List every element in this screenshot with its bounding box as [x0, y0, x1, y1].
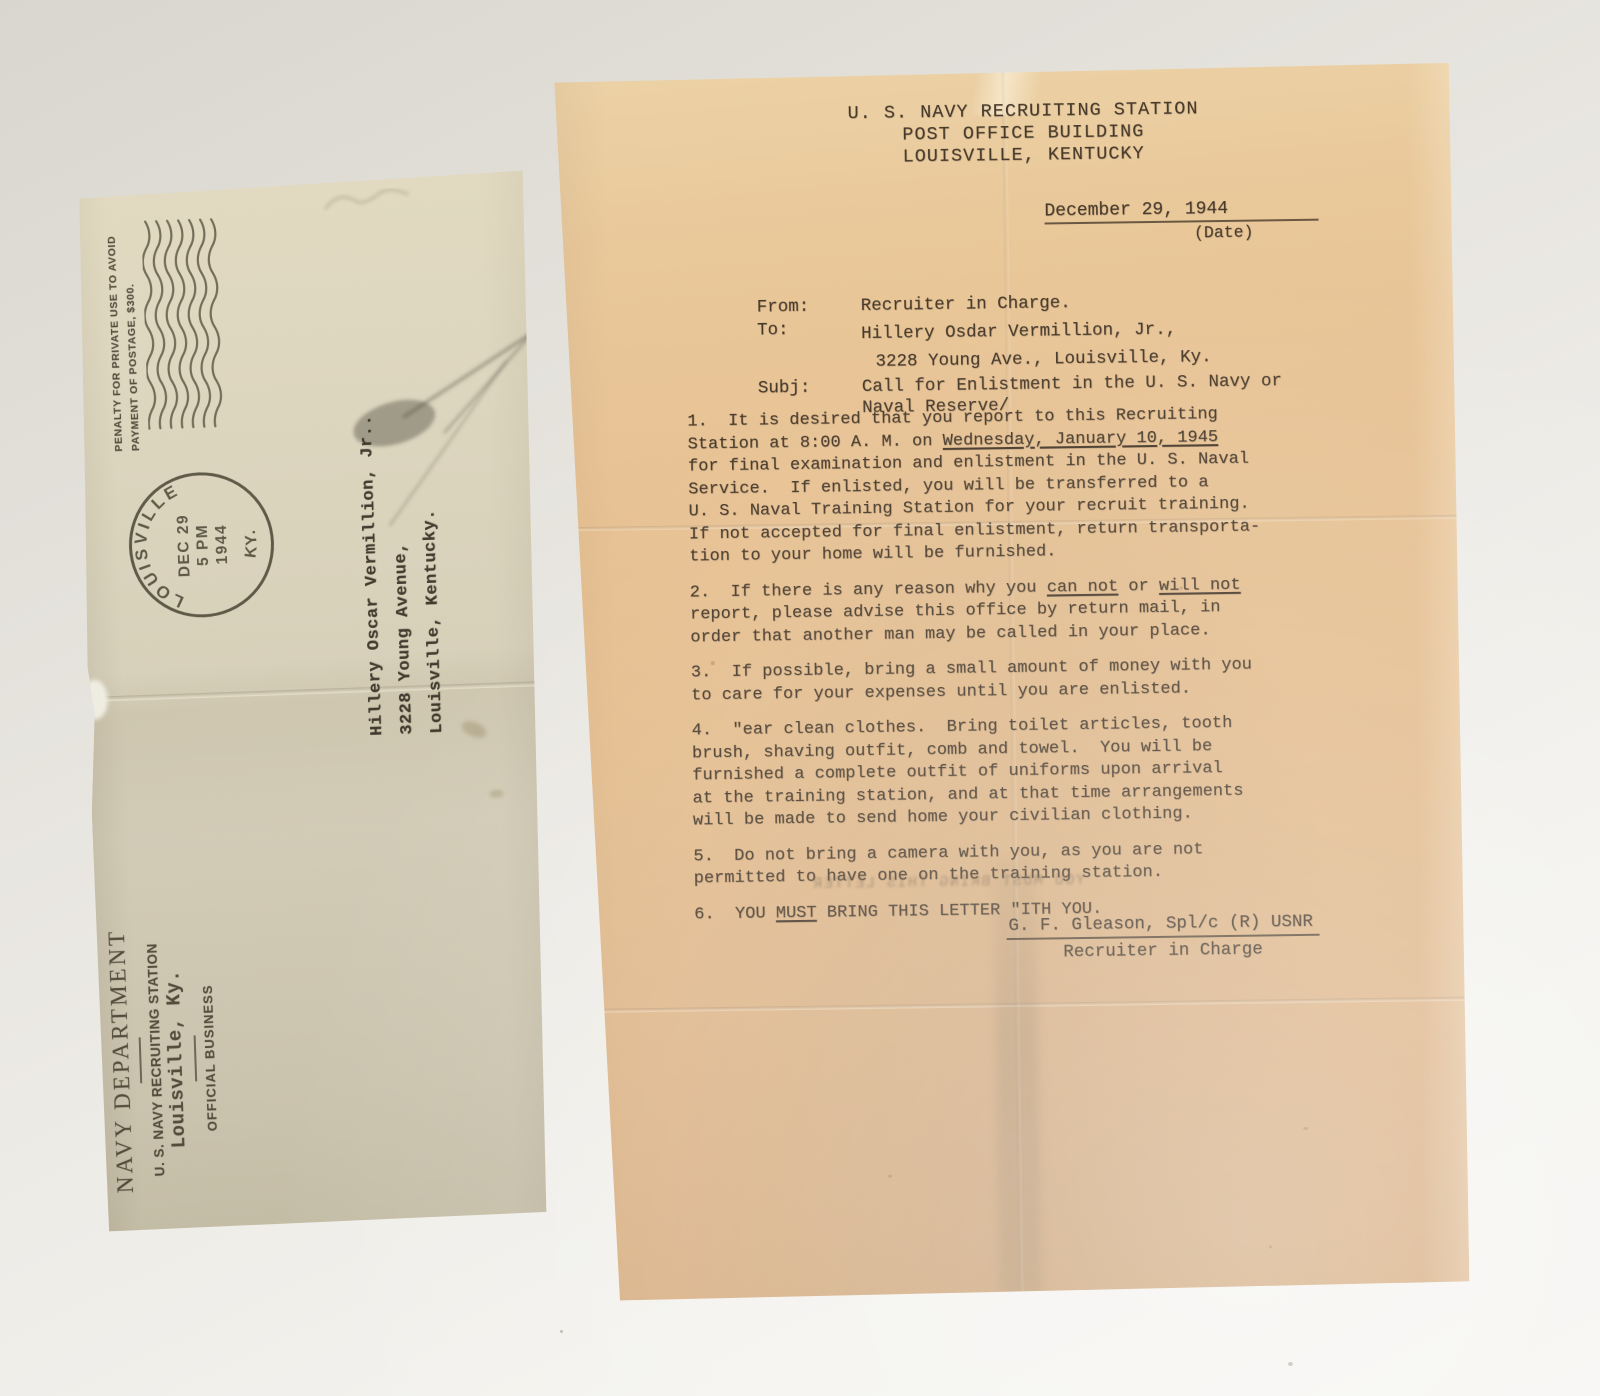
paper-speck	[1303, 1127, 1308, 1130]
official-business-label: OFFICIAL BUSINESS	[198, 918, 224, 1198]
letter-paragraph-1: 1. It is desired that you report to this…	[687, 402, 1379, 569]
divider-rule	[139, 1037, 143, 1083]
letterhead: U. S. NAVY RECRUITING STATION POST OFFIC…	[573, 94, 1474, 173]
svg-text:KY.: KY.	[241, 527, 261, 560]
recipient-address: Hillery Oscar Vermillion, Jr.. 3228 Youn…	[351, 393, 459, 736]
return-department: NAVY DEPARTMENT	[104, 921, 140, 1202]
letter-paragraph-3: 3. If possible, bring a small amount of …	[691, 653, 1382, 708]
letter-body: 1. It is desired that you report to this…	[687, 402, 1384, 927]
cancellation-wavy-lines-icon	[141, 217, 231, 442]
date-text: December 29, 1944	[1044, 199, 1228, 222]
photo-backdrop: PENALTY FOR PRIVATE USE TO AVOID PAYMENT…	[0, 0, 1600, 1396]
envelope-stain	[459, 718, 488, 741]
signature-name: G. F. Gleason, Spl/c (R) USNR	[1006, 911, 1319, 940]
envelope-fold-crease	[88, 681, 542, 702]
postmark-state: KY.	[241, 527, 261, 560]
envelope-edge-tear	[81, 679, 108, 720]
envelope: PENALTY FOR PRIVATE USE TO AVOID PAYMENT…	[70, 168, 560, 1233]
date-line: December 29, 1944	[1044, 197, 1318, 225]
backdrop-speck	[1288, 1362, 1293, 1366]
postmark-year: 1944	[213, 524, 231, 565]
letter-paragraph-4: 4. "ear clean clothes. Bring toilet arti…	[692, 711, 1384, 833]
backdrop-speck	[560, 1330, 563, 1333]
letter: U. S. NAVY RECRUITING STATION POST OFFIC…	[552, 63, 1469, 1301]
postmark-date: DEC 29	[174, 514, 193, 578]
envelope-stain	[489, 789, 503, 797]
signature-block: G. F. Gleason, Spl/c (R) USNR Recruiter …	[1006, 911, 1319, 964]
date-caption: (Date)	[1045, 222, 1319, 245]
postmark-stamp: LOUISVILLE KY. DEC 29 5 PM 1944	[121, 464, 282, 625]
paper-speck	[888, 1175, 892, 1178]
postmark-time: 5 PM	[194, 523, 212, 566]
field-label: Subj:	[758, 377, 862, 399]
return-address: NAVY DEPARTMENT U. S. NAVY RECRUITING ST…	[104, 917, 250, 1202]
pencil-scribble	[322, 182, 413, 219]
signature-title: Recruiter in Charge	[1007, 938, 1320, 964]
penalty-notice: PENALTY FOR PRIVATE USE TO AVOID PAYMENT…	[103, 219, 147, 452]
paper-speck	[1269, 1245, 1272, 1248]
letter-paragraph-2: 2. If there is any reason why you can no…	[690, 572, 1381, 649]
divider-rule	[194, 1035, 198, 1081]
